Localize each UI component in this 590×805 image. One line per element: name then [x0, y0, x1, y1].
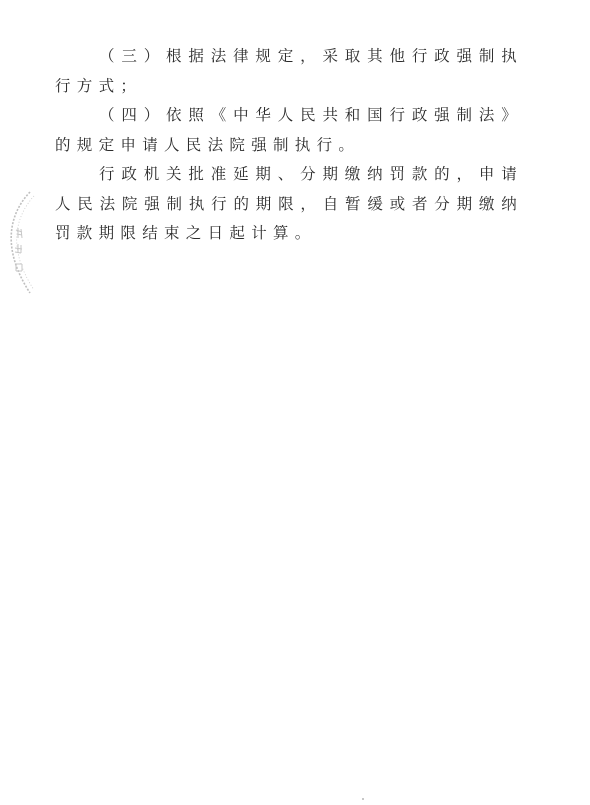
scan-artifact-dot	[362, 798, 364, 800]
document-body: （三）根据法律规定，采取其他行政强制执行方式； （四）依照《中华人民共和国行政强…	[55, 42, 523, 249]
official-seal-stamp-icon	[0, 190, 40, 295]
paragraph-item-3: （三）根据法律规定，采取其他行政强制执行方式；	[55, 42, 523, 101]
document-page: （三）根据法律规定，采取其他行政强制执行方式； （四）依照《中华人民共和国行政强…	[0, 0, 590, 805]
paragraph-item-4: （四）依照《中华人民共和国行政强制法》的规定申请人民法院强制执行。	[55, 101, 523, 160]
paragraph-deferred-payment: 行政机关批准延期、分期缴纳罚款的，申请人民法院强制执行的期限，自暂缓或者分期缴纳…	[55, 160, 523, 249]
